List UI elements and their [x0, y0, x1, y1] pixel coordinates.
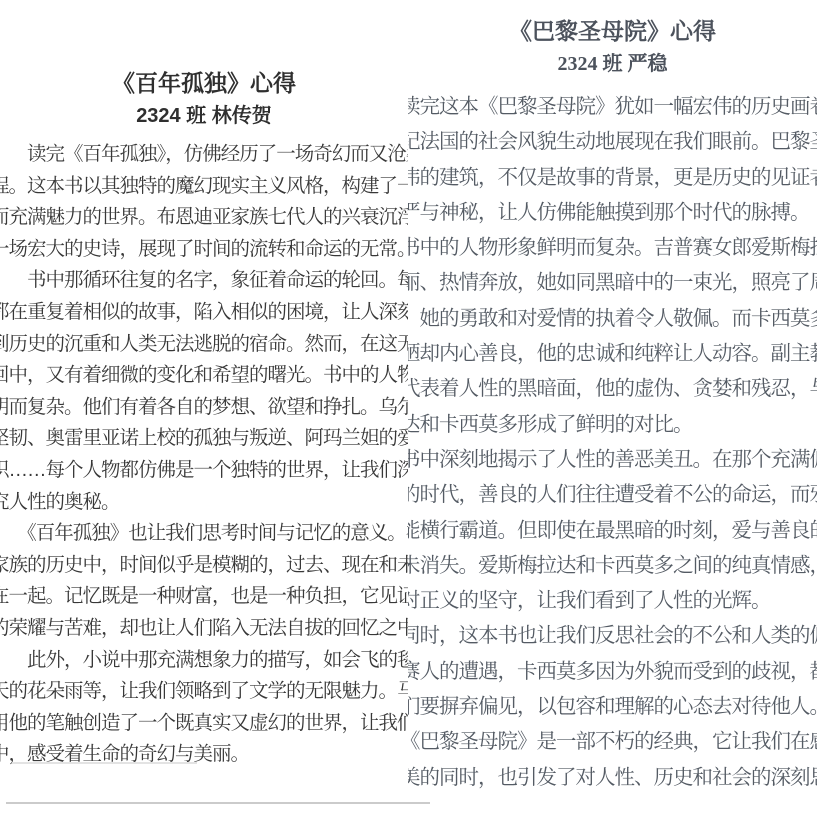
essay-line: 《百年孤独》也让我们思考时间与记忆的意义。在这个	[0, 518, 408, 550]
essay-line: 对正义的坚守，让我们看到了人性的光辉。	[408, 584, 817, 619]
essay-line: 丽、热情奔放，她如同黑暗中的一束光，照亮了周	[408, 266, 817, 301]
essay-line: 到历史的沉重和人类无法逃脱的宿命。然而，在这无尽的轮	[0, 329, 408, 361]
essay-line: 读完《百年孤独》，仿佛经历了一场奇幻而又沧桑的旅	[0, 139, 408, 171]
essay-line: 陋却内心善良，他的忠诚和纯粹让人动容。副主教	[408, 337, 817, 372]
essay-line: 们要摒弃偏见，以包容和理解的心态去对待他人。	[408, 690, 817, 725]
left-essay-body: 读完《百年孤独》，仿佛经历了一场奇幻而又沧桑的旅 程。这本书以其独特的魔幻现实主…	[0, 139, 408, 771]
essay-line: 坚韧、奥雷里亚诺上校的孤独与叛逆、阿玛兰妲的爱恨交	[0, 423, 408, 455]
essay-line: 中，感受着生命的奇幻与美丽。	[0, 739, 408, 771]
essay-line: 天的花朵雨等，让我们领略到了文学的无限魅力。马尔克斯	[0, 676, 408, 708]
left-essay-byline: 2324 班 林传贺	[0, 105, 408, 127]
essay-line: 读完这本《巴黎圣母院》犹如一幅宏伟的历史画卷	[408, 90, 817, 125]
essay-line: 《巴黎圣母院》是一部不朽的经典，它让我们在感	[408, 725, 817, 760]
essay-line: 达和卡西莫多形成了鲜明的对比。	[408, 408, 817, 443]
essay-line: 同时，这本书也让我们反思社会的不公和人类的偏	[408, 619, 817, 654]
page-edge-line-faint	[12, 762, 197, 764]
two-essay-scan-canvas: 《百年孤独》心得 2324 班 林传贺 读完《百年孤独》，仿佛经历了一场奇幻而又…	[0, 0, 817, 815]
essay-line: 的荣耀与苦难，却也让人们陷入无法自拔的回忆之中。	[0, 613, 408, 645]
essay-line: 程。这本书以其独特的魔幻现实主义风格，构建了一个神秘	[0, 171, 408, 203]
left-essay-page: 《百年孤独》心得 2324 班 林传贺 读完《百年孤独》，仿佛经历了一场奇幻而又…	[0, 0, 408, 815]
right-essay-page: 《巴黎圣母院》心得 2324 班 严稳 读完这本《巴黎圣母院》犹如一幅宏伟的历史…	[408, 0, 817, 815]
right-essay-title: 《巴黎圣母院》心得	[408, 18, 817, 46]
essay-line: 而充满魅力的世界。布恩迪亚家族七代人的兴衰沉浮，如同	[0, 202, 408, 234]
essay-line: 的时代，善良的人们往往遭受着不公的命运，而邪	[408, 478, 817, 513]
essay-line: 此外，小说中那充满想象力的描写，如会飞的毯子、漫	[0, 645, 408, 677]
page-edge-line	[6, 802, 430, 804]
essay-line: 一场宏大的史诗，展现了时间的流转和命运的无常。	[0, 234, 408, 266]
essay-line: 她的勇敢和对爱情的执着令人敬佩。而卡西莫多	[408, 302, 817, 337]
essay-line: 赛人的遭遇，卡西莫多因为外貌而受到的歧视，都	[408, 655, 817, 690]
essay-line: 在一起。记忆既是一种财富，也是一种负担，它见证了家族	[0, 581, 408, 613]
essay-line: 织……每个人物都仿佛是一个独特的世界，让我们深入地探	[0, 455, 408, 487]
essay-line: 书中深刻地揭示了人性的善恶美丑。在那个充满偏	[408, 443, 817, 478]
essay-line: 伟的建筑，不仅是故事的背景，更是历史的见证者	[408, 161, 817, 196]
essay-line: 美的同时，也引发了对人性、历史和社会的深刻思	[408, 761, 817, 796]
essay-line: 回中，又有着细微的变化和希望的曙光。书中的人物形象鲜	[0, 360, 408, 392]
essay-line: 用他的笔触创造了一个既真实又虚幻的世界，让我们沉浸其	[0, 708, 408, 740]
essay-line: 代表着人性的黑暗面，他的虚伪、贪婪和残忍，与	[408, 372, 817, 407]
essay-line: 书中的人物形象鲜明而复杂。吉普赛女郎爱斯梅拉	[408, 231, 817, 266]
essay-line: 家族的历史中，时间似乎是模糊的，过去、现在和未来交织	[0, 550, 408, 582]
essay-line: 未消失。爱斯梅拉达和卡西莫多之间的纯真情感，	[408, 549, 817, 584]
essay-line: 究人性的奥秘。	[0, 487, 408, 519]
right-essay-byline: 2324 班 严稳	[408, 52, 817, 76]
essay-line: 纪法国的社会风貌生动地展现在我们眼前。巴黎圣	[408, 125, 817, 160]
essay-line: 严与神秘，让人仿佛能触摸到那个时代的脉搏。	[408, 196, 817, 231]
essay-line: 都在重复着相似的故事，陷入相似的困境，让人深刻地感受	[0, 297, 408, 329]
essay-line: 书中那循环往复的名字，象征着命运的轮回。每一代人	[0, 265, 408, 297]
right-essay-body: 读完这本《巴黎圣母院》犹如一幅宏伟的历史画卷 纪法国的社会风貌生动地展现在我们眼…	[408, 90, 817, 796]
essay-line: 能横行霸道。但即使在最黑暗的时刻，爱与善良的	[408, 514, 817, 549]
essay-line: 明而复杂。他们有着各自的梦想、欲望和挣扎。乌尔苏拉的	[0, 392, 408, 424]
left-essay-title: 《百年孤独》心得	[0, 70, 408, 96]
